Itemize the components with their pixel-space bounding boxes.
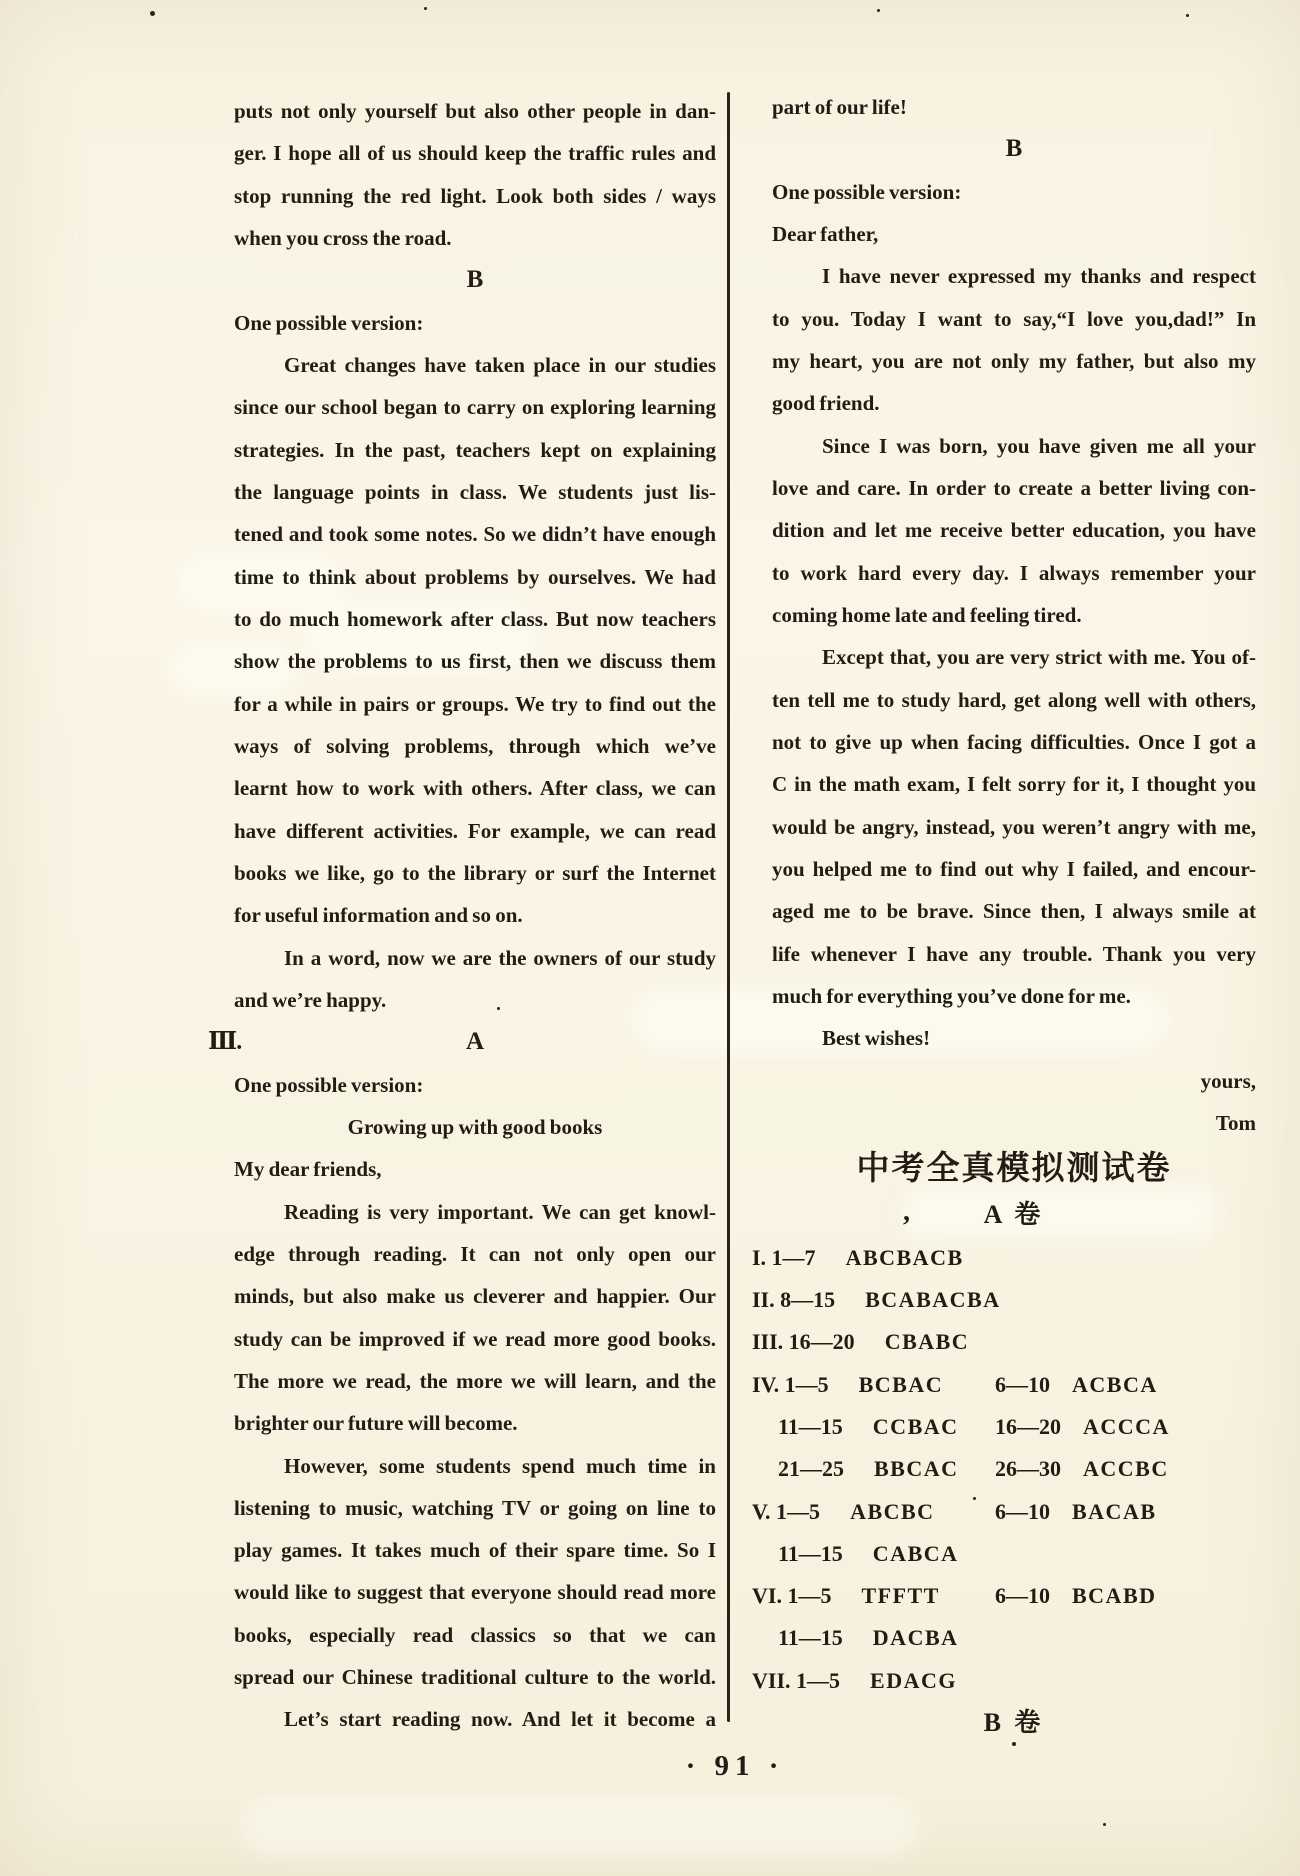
answer-range: 6—10 <box>995 1583 1050 1608</box>
text-line: much for everything you’ve done for me. <box>772 975 1256 1017</box>
section-letter: B <box>234 259 716 301</box>
page-number: · 91 · <box>610 1750 860 1783</box>
line-text: part of our life! <box>772 95 907 119</box>
line-text: play games. It takes much of their spare… <box>234 1538 716 1562</box>
line-text: would be angry, instead, you weren’t ang… <box>772 815 1256 839</box>
line-text: Best wishes! <box>822 1026 930 1050</box>
text-line: Growing up with good books <box>234 1106 716 1148</box>
answer-letters: ACCCA <box>1083 1414 1170 1439</box>
text-line: to you. Today I want to say,“I love you,… <box>772 298 1256 340</box>
text-line: ger. I hope all of us should keep the tr… <box>234 132 716 174</box>
text-line: My dear friends, <box>234 1148 716 1190</box>
answer-row: IV. 1—5BCBAC6—10ACBCA <box>752 1364 1256 1406</box>
text-line: Best wishes! <box>772 1017 1256 1059</box>
line-text: have different activities. For example, … <box>234 819 716 843</box>
answer-range: 11—15 <box>778 1625 843 1650</box>
line-text: A <box>466 1028 484 1055</box>
ink-speck <box>150 11 155 16</box>
answer-pair-second: 6—10BCABD <box>995 1575 1157 1617</box>
text-line: Great changes have taken place in our st… <box>234 344 716 386</box>
line-text: A 卷 <box>984 1200 1045 1229</box>
line-text: books, especially read classics so that … <box>234 1623 716 1647</box>
line-text: yours, <box>1201 1069 1256 1093</box>
line-text: life whenever I have any trouble. Thank … <box>772 942 1256 966</box>
text-line: One possible version: <box>772 171 1256 213</box>
text-line: I have never expressed my thanks and res… <box>772 255 1256 297</box>
answer-row: III. 16—20CBABC <box>752 1321 1256 1363</box>
chinese-heading: 中考全真模拟测试卷 <box>772 1144 1256 1194</box>
text-line: coming home late and feeling tired. <box>772 594 1256 636</box>
answer-letters: DACBA <box>873 1625 959 1650</box>
line-text: strategies. In the past, teachers kept o… <box>234 438 716 462</box>
answer-letters: BBCAC <box>874 1456 959 1481</box>
answer-letters: ACCBC <box>1083 1456 1169 1481</box>
text-line: aged me to be brave. Since then, I alway… <box>772 890 1256 932</box>
text-line: books we like, go to the library or surf… <box>234 852 716 894</box>
answer-row: I. 1—7ABCBACB <box>752 1237 1256 1279</box>
column-divider-line <box>727 92 730 1722</box>
text-line: Reading is very important. We can get kn… <box>234 1191 716 1233</box>
answer-range: 11—15 <box>778 1414 843 1439</box>
text-line: my heart, you are not only my father, bu… <box>772 340 1256 382</box>
text-line: for useful information and so on. <box>234 894 716 936</box>
answer-range: VI. 1—5 <box>752 1583 831 1608</box>
text-line: Let’s start reading now. And let it beco… <box>234 1698 716 1740</box>
line-text: since our school began to carry on explo… <box>234 395 716 419</box>
text-line: for a while in pairs or groups. We try t… <box>234 683 716 725</box>
text-line: However, some students spend much time i… <box>234 1445 716 1487</box>
line-text: books we like, go to the library or surf… <box>234 861 716 885</box>
text-line: Since I was born, you have given me all … <box>772 425 1256 467</box>
text-line: The more we read, the more we will learn… <box>234 1360 716 1402</box>
text-line: ten tell me to study hard, get along wel… <box>772 679 1256 721</box>
answer-range: 16—20 <box>995 1414 1061 1439</box>
answer-letters: BCABD <box>1072 1583 1157 1608</box>
answer-range: 6—10 <box>995 1499 1050 1524</box>
line-text: 中考全真模拟测试卷 <box>857 1151 1172 1187</box>
text-line: would like to suggest that everyone shou… <box>234 1571 716 1613</box>
line-text: to you. Today I want to say,“I love you,… <box>772 307 1256 331</box>
answer-letters: ABCBC <box>850 1499 935 1524</box>
line-text: aged me to be brave. Since then, I alway… <box>772 899 1256 923</box>
answer-range: 26—30 <box>995 1456 1061 1481</box>
text-line: learnt how to work with others. After cl… <box>234 767 716 809</box>
text-line: and we’re happy. <box>234 979 716 1021</box>
line-text: time to think about problems by ourselve… <box>234 565 716 589</box>
line-text: to work hard every day. I always remembe… <box>772 561 1256 585</box>
answer-letters: ACBCA <box>1072 1372 1158 1397</box>
section-letter: B <box>772 128 1256 170</box>
text-line: part of our life! <box>772 86 1256 128</box>
line-text: B <box>467 266 484 293</box>
line-text: coming home late and feeling tired. <box>772 603 1082 627</box>
answer-row: 21—25BBCAC26—30ACCBC <box>752 1448 1256 1490</box>
text-line: not to give up when facing difficulties.… <box>772 721 1256 763</box>
line-text: study can be improved if we read more go… <box>234 1327 716 1351</box>
line-text: In a word, now we are the owners of our … <box>284 946 716 970</box>
text-line: have different activities. For example, … <box>234 810 716 852</box>
text-line: show the problems to us first, then we d… <box>234 640 716 682</box>
ink-speck <box>1186 14 1189 17</box>
line-text: to do much homework after class. But now… <box>234 607 716 631</box>
text-line: Except that, you are very strict with me… <box>772 636 1256 678</box>
line-text: However, some students spend much time i… <box>284 1454 716 1478</box>
answer-letters: EDACG <box>870 1668 957 1693</box>
text-line: love and care. In order to create a bett… <box>772 467 1256 509</box>
text-line: the language points in class. We student… <box>234 471 716 513</box>
line-text: spread our Chinese traditional culture t… <box>234 1665 716 1689</box>
line-text: the language points in class. We student… <box>234 480 716 504</box>
line-text: B <box>1006 135 1023 162</box>
answer-row: 11—15DACBA <box>752 1617 1256 1659</box>
line-text: good friend. <box>772 391 880 415</box>
answer-letters: CBABC <box>885 1329 970 1354</box>
answer-letters: BCABACBA <box>865 1287 1000 1312</box>
line-text: minds, but also make us cleverer and hap… <box>234 1284 716 1308</box>
answer-range: 6—10 <box>995 1372 1050 1397</box>
line-text: Great changes have taken place in our st… <box>284 353 716 377</box>
text-line: would be angry, instead, you weren’t ang… <box>772 806 1256 848</box>
text-line: Dear father, <box>772 213 1256 255</box>
line-text: Except that, you are very strict with me… <box>822 645 1256 669</box>
line-text: listening to music, watching TV or going… <box>234 1496 716 1520</box>
answer-range: I. 1—7 <box>752 1245 816 1270</box>
line-text: love and care. In order to create a bett… <box>772 476 1256 500</box>
text-line: study can be improved if we read more go… <box>234 1318 716 1360</box>
line-text: when you cross the road. <box>234 226 452 250</box>
answer-letters: CABCA <box>873 1541 959 1566</box>
line-text: The more we read, the more we will learn… <box>234 1369 716 1393</box>
text-line: strategies. In the past, teachers kept o… <box>234 429 716 471</box>
line-text: and we’re happy. <box>234 988 386 1012</box>
answer-range: VII. 1—5 <box>752 1668 840 1693</box>
line-text: ger. I hope all of us should keep the tr… <box>234 141 716 165</box>
ink-speck <box>877 9 880 12</box>
line-text: you helped me to find out why I failed, … <box>772 857 1256 881</box>
line-text: Tom <box>1216 1111 1256 1135</box>
print-artifact-comma: , <box>903 1196 910 1228</box>
text-line: listening to music, watching TV or going… <box>234 1487 716 1529</box>
text-line: ways of solving problems, through which … <box>234 725 716 767</box>
text-line: you helped me to find out why I failed, … <box>772 848 1256 890</box>
answer-row: VII. 1—5EDACG <box>752 1660 1256 1702</box>
line-text: One possible version: <box>772 180 961 204</box>
text-line: tened and took some notes. So we didn’t … <box>234 513 716 555</box>
text-line: books, especially read classics so that … <box>234 1614 716 1656</box>
answer-range: IV. 1—5 <box>752 1372 829 1397</box>
answer-range: V. 1—5 <box>752 1499 820 1524</box>
line-text: my heart, you are not only my father, bu… <box>772 349 1256 373</box>
line-text: tened and took some notes. So we didn’t … <box>234 522 716 546</box>
line-text: Growing up with good books <box>348 1115 603 1139</box>
answer-letters: BCBAC <box>859 1372 944 1397</box>
answer-letters: TFFTT <box>861 1583 939 1608</box>
text-line: One possible version: <box>234 1064 716 1106</box>
line-text: show the problems to us first, then we d… <box>234 649 716 673</box>
answer-pair-second: 16—20ACCCA <box>995 1406 1170 1448</box>
answer-range: III. 16—20 <box>752 1329 855 1354</box>
line-text: puts not only yourself but also other pe… <box>234 99 716 123</box>
line-text: dition and let me receive better educati… <box>772 518 1256 542</box>
line-text: C in the math exam, I felt sorry for it,… <box>772 772 1256 796</box>
answer-row: V. 1—5ABCBC6—10BACAB <box>752 1491 1256 1533</box>
answer-range: II. 8—15 <box>752 1287 835 1312</box>
answer-range: 21—25 <box>778 1456 844 1481</box>
section-letter: Ⅲ.A <box>234 1021 716 1063</box>
text-line: C in the math exam, I felt sorry for it,… <box>772 763 1256 805</box>
line-text: ten tell me to study hard, get along wel… <box>772 688 1256 712</box>
answer-pair-second: 6—10ACBCA <box>995 1364 1158 1406</box>
line-text: for useful information and so on. <box>234 903 523 927</box>
text-line: dition and let me receive better educati… <box>772 509 1256 551</box>
line-text: One possible version: <box>234 311 423 335</box>
answer-pair-second: 6—10BACAB <box>995 1491 1157 1533</box>
text-line: to work hard every day. I always remembe… <box>772 552 1256 594</box>
text-line: edge through reading. It can not only op… <box>234 1233 716 1275</box>
text-line: time to think about problems by ourselve… <box>234 556 716 598</box>
line-text: learnt how to work with others. After cl… <box>234 776 716 800</box>
ink-speck <box>1103 1823 1106 1826</box>
line-text: ways of solving problems, through which … <box>234 734 716 758</box>
text-line: play games. It takes much of their spare… <box>234 1529 716 1571</box>
watermark-ghost <box>240 1798 920 1856</box>
text-line: puts not only yourself but also other pe… <box>234 90 716 132</box>
line-text: would like to suggest that everyone shou… <box>234 1580 716 1604</box>
answer-row: II. 8—15BCABACBA <box>752 1279 1256 1321</box>
text-line: life whenever I have any trouble. Thank … <box>772 933 1256 975</box>
line-text: brighter our future will become. <box>234 1411 518 1435</box>
left-column: puts not only yourself but also other pe… <box>234 90 716 1741</box>
line-text: B 卷 <box>984 1708 1045 1737</box>
right-column: part of our life!BOne possible version:D… <box>772 86 1256 1744</box>
line-text: edge through reading. It can not only op… <box>234 1242 716 1266</box>
text-line: since our school began to carry on explo… <box>234 386 716 428</box>
answer-letters: BACAB <box>1072 1499 1157 1524</box>
scanned-answer-page: puts not only yourself but also other pe… <box>0 0 1300 1876</box>
text-line: stop running the red light. Look both si… <box>234 175 716 217</box>
roman-numeral-marker: Ⅲ. <box>208 1021 241 1063</box>
paper-label: A 卷 <box>772 1194 1256 1236</box>
paper-label: B 卷 <box>772 1702 1256 1744</box>
line-text: Reading is very important. We can get kn… <box>284 1200 716 1224</box>
text-line: Tom <box>772 1102 1256 1144</box>
line-text: not to give up when facing difficulties.… <box>772 730 1256 754</box>
text-line: minds, but also make us cleverer and hap… <box>234 1275 716 1317</box>
text-line: to do much homework after class. But now… <box>234 598 716 640</box>
line-text: I have never expressed my thanks and res… <box>822 264 1256 288</box>
ink-speck <box>424 7 427 10</box>
line-text: Dear father, <box>772 222 878 246</box>
line-text: for a while in pairs or groups. We try t… <box>234 692 716 716</box>
line-text: much for everything you’ve done for me. <box>772 984 1131 1008</box>
answer-range: 11—15 <box>778 1541 843 1566</box>
answer-letters: ABCBACB <box>846 1245 964 1270</box>
line-text: One possible version: <box>234 1073 423 1097</box>
text-line: spread our Chinese traditional culture t… <box>234 1656 716 1698</box>
text-line: brighter our future will become. <box>234 1402 716 1444</box>
answer-row: 11—15CCBAC16—20ACCCA <box>752 1406 1256 1448</box>
text-line: In a word, now we are the owners of our … <box>234 937 716 979</box>
text-line: yours, <box>772 1060 1256 1102</box>
answer-pair-second: 26—30ACCBC <box>995 1448 1169 1490</box>
text-line: when you cross the road. <box>234 217 716 259</box>
line-text: Since I was born, you have given me all … <box>822 434 1256 458</box>
line-text: My dear friends, <box>234 1157 382 1181</box>
text-line: good friend. <box>772 382 1256 424</box>
text-line: One possible version: <box>234 302 716 344</box>
answer-letters: CCBAC <box>873 1414 959 1439</box>
line-text: stop running the red light. Look both si… <box>234 184 716 208</box>
answer-row: 11—15CABCA <box>752 1533 1256 1575</box>
answer-row: VI. 1—5TFFTT6—10BCABD <box>752 1575 1256 1617</box>
line-text: Let’s start reading now. And let it beco… <box>284 1707 716 1731</box>
